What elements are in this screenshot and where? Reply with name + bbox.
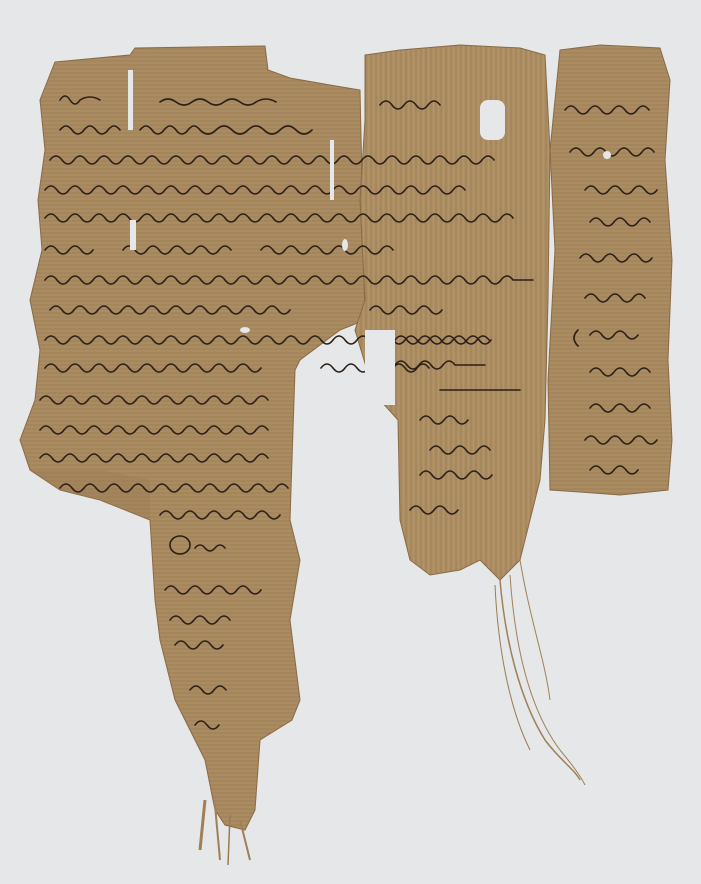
photo-scene: Ancient papyrus fragment with Greek curs…	[0, 0, 701, 884]
papyrus-illustration	[0, 0, 701, 884]
fragment-left	[20, 46, 365, 830]
